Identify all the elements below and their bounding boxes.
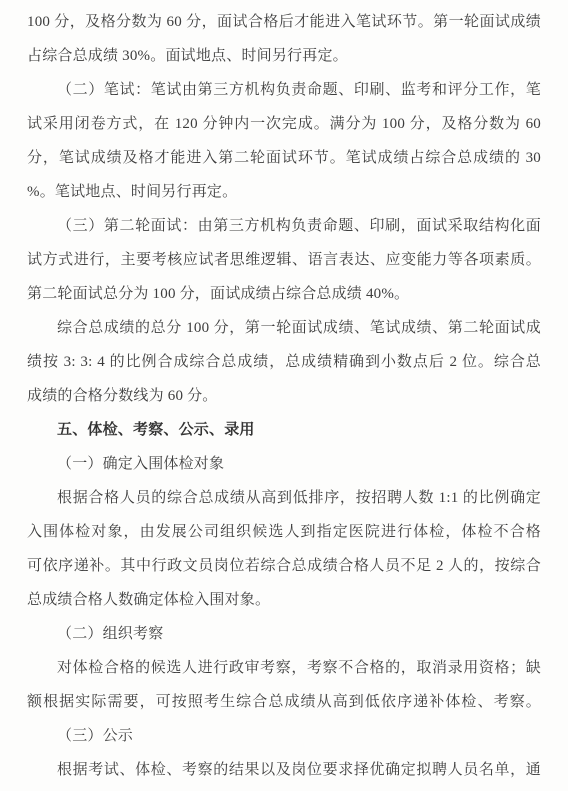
text-line: 绩按 3: 3: 4 的比例合成综合总成绩，总成绩精确到小数点后 2 位。综合总 [27, 345, 541, 379]
text-line: （一）确定入围体检对象 [27, 447, 541, 481]
text-line: （三）第二轮面试：由第三方机构负责命题、印刷，面试采取结构化面 [27, 209, 541, 243]
text-line: 100 分，及格分数为 60 分，面试合格后才能进入笔试环节。第一轮面试成绩 [27, 5, 541, 39]
section-heading: 五、体检、考察、公示、录用 [27, 413, 541, 447]
text-line: 根据合格人员的综合总成绩从高到低排序，按招聘人数 1:1 的比例确定 [27, 481, 541, 515]
text-line: 成绩的合格分数线为 60 分。 [27, 379, 541, 413]
text-line: 第二轮面试总分为 100 分，面试成绩占综合总成绩 40%。 [27, 277, 541, 311]
document-body: 100 分，及格分数为 60 分，面试合格后才能进入笔试环节。第一轮面试成绩占综… [27, 5, 541, 787]
text-line: 额根据实际需要，可按照考生综合总成绩从高到低依序递补体检、考察。 [27, 685, 541, 719]
text-line: （二）笔试：笔试由第三方机构负责命题、印刷、监考和评分工作，笔 [27, 73, 541, 107]
text-line: 占综合总成绩 30%。面试地点、时间另行再定。 [27, 39, 541, 73]
text-line: 入围体检对象，由发展公司组织候选人到指定医院进行体检，体检不合格的， [27, 515, 541, 549]
text-line: 总成绩合格人数确定体检入围对象。 [27, 583, 541, 617]
text-line: 试采用闭卷方式，在 120 分钟内一次完成。满分为 100 分，及格分数为 60 [27, 107, 541, 141]
text-line: 分，笔试成绩及格才能进入第二轮面试环节。笔试成绩占综合总成绩的 30 [27, 141, 541, 175]
document-page: 100 分，及格分数为 60 分，面试合格后才能进入笔试环节。第一轮面试成绩占综… [0, 0, 568, 791]
text-line: 试方式进行，主要考核应试者思维逻辑、语言表达、应变能力等各项素质。 [27, 243, 541, 277]
text-line: %。笔试地点、时间另行再定。 [27, 175, 541, 209]
text-line: （三）公示 [27, 719, 541, 753]
text-line: 根据考试、体检、考察的结果以及岗位要求择优确定拟聘人员名单，通 [27, 753, 541, 787]
text-line: （二）组织考察 [27, 617, 541, 651]
text-line: 可依序递补。其中行政文员岗位若综合总成绩合格人员不足 2 人的，按综合 [27, 549, 541, 583]
text-line: 综合总成绩的总分 100 分，第一轮面试成绩、笔试成绩、第二轮面试成 [27, 311, 541, 345]
text-line: 对体检合格的候选人进行政审考察，考察不合格的，取消录用资格；缺 [27, 651, 541, 685]
